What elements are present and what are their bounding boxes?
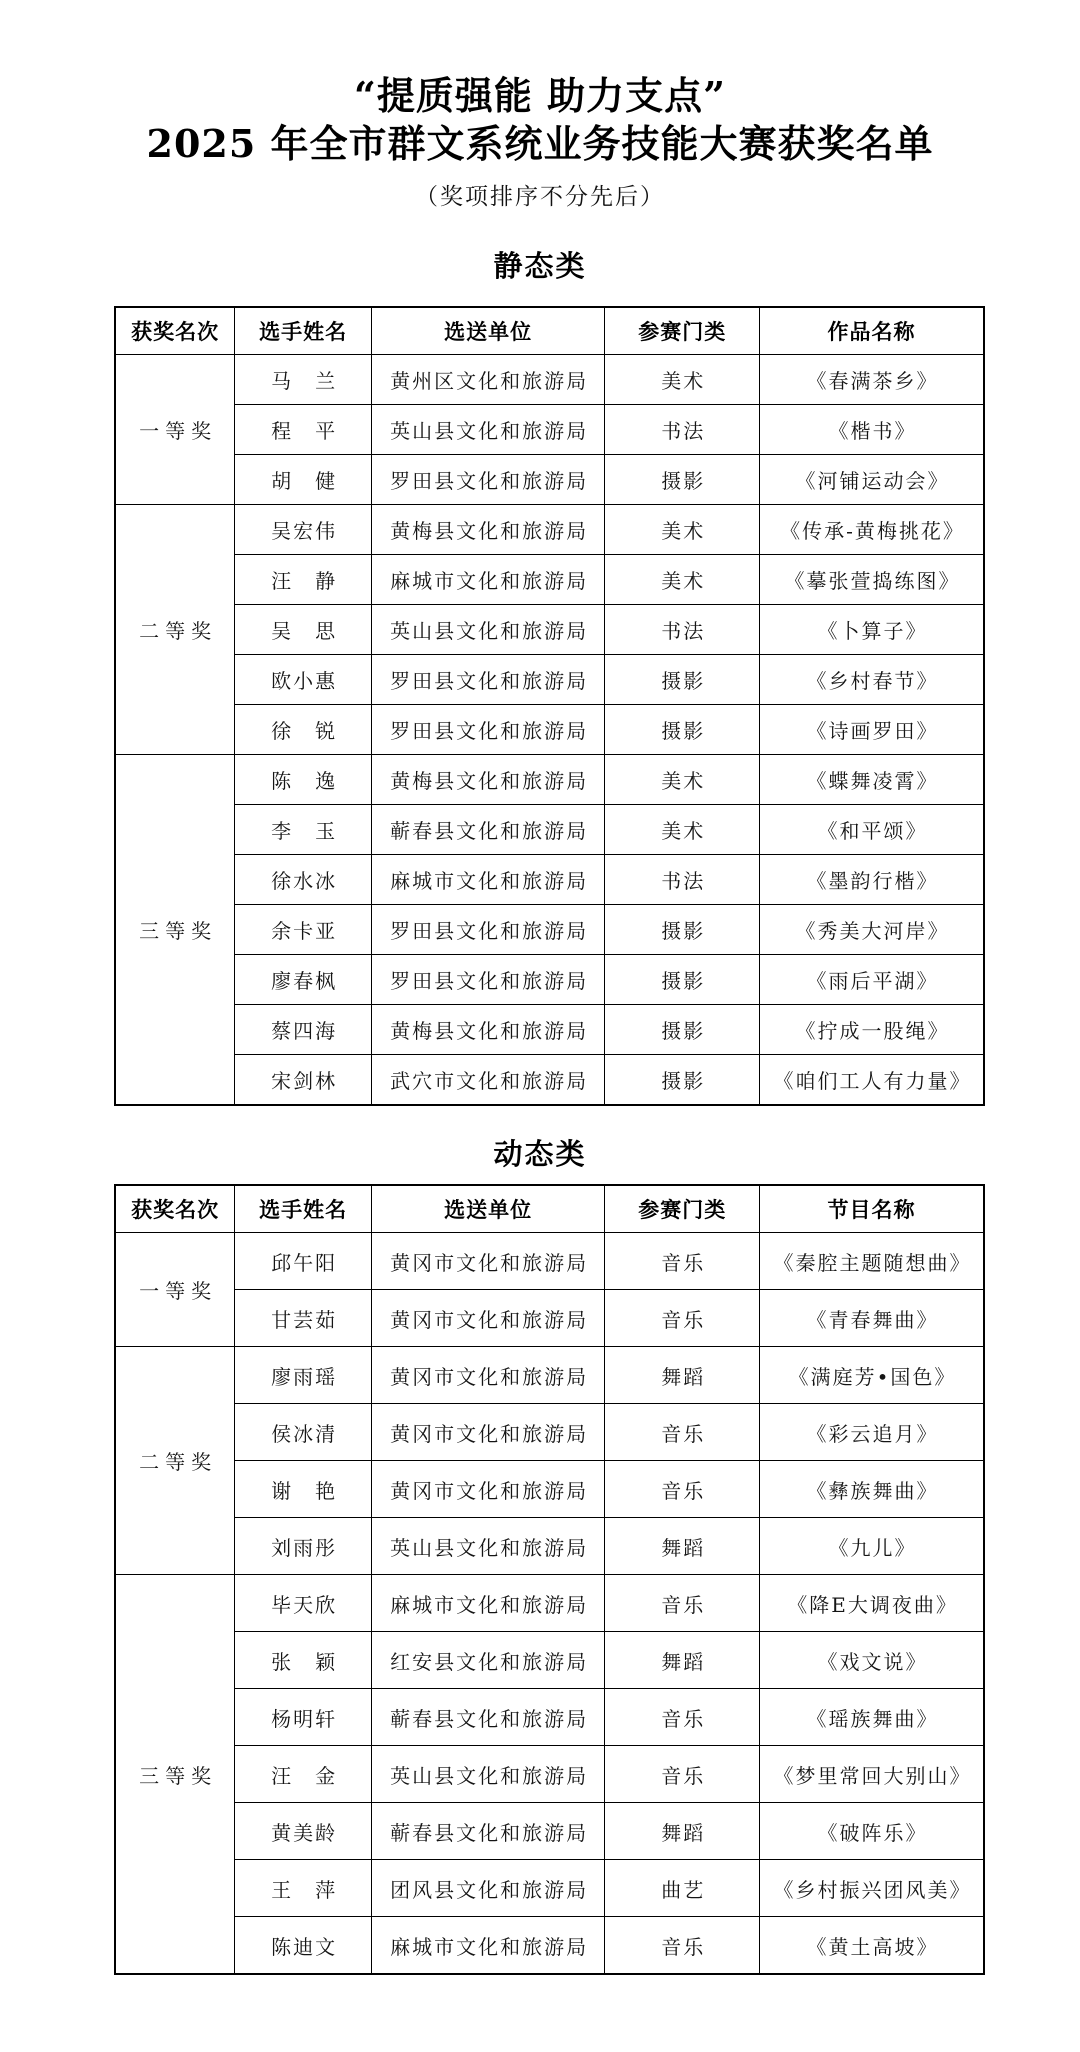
category-cell: 音乐 <box>605 1233 760 1290</box>
work-title-cell: 《蝶舞凌霄》 <box>760 755 984 805</box>
work-title-cell: 《传承-黄梅挑花》 <box>760 505 984 555</box>
work-title-cell: 《彩云追月》 <box>760 1404 984 1461</box>
work-title-cell: 《乡村振兴团风美》 <box>760 1860 984 1917</box>
table-row: 杨明轩蕲春县文化和旅游局音乐《瑶族舞曲》 <box>115 1689 984 1746</box>
unit-cell: 英山县文化和旅游局 <box>371 605 605 655</box>
contestant-name-cell: 甘芸茹 <box>235 1290 372 1347</box>
category-cell: 书法 <box>605 605 760 655</box>
award-sections: 静态类获奖名次选手姓名选送单位参赛门类作品名称一等奖马 兰黄州区文化和旅游局美术… <box>0 246 1080 1975</box>
category-cell: 音乐 <box>605 1917 760 1975</box>
column-header: 选送单位 <box>371 1185 605 1233</box>
unit-cell: 麻城市文化和旅游局 <box>371 1917 605 1975</box>
column-header: 选手姓名 <box>235 1185 372 1233</box>
unit-cell: 黄冈市文化和旅游局 <box>371 1404 605 1461</box>
column-header: 作品名称 <box>760 307 984 355</box>
category-cell: 书法 <box>605 405 760 455</box>
unit-cell: 团风县文化和旅游局 <box>371 1860 605 1917</box>
unit-cell: 武穴市文化和旅游局 <box>371 1055 605 1106</box>
contestant-name-cell: 马 兰 <box>235 355 372 405</box>
category-cell: 摄影 <box>605 655 760 705</box>
contestant-name-cell: 李 玉 <box>235 805 372 855</box>
rank-cell: 三等奖 <box>115 755 235 1106</box>
category-cell: 摄影 <box>605 955 760 1005</box>
contestant-name-cell: 欧小惠 <box>235 655 372 705</box>
table-row: 黄美龄蕲春县文化和旅游局舞蹈《破阵乐》 <box>115 1803 984 1860</box>
table-row: 王 萍团风县文化和旅游局曲艺《乡村振兴团风美》 <box>115 1860 984 1917</box>
category-cell: 音乐 <box>605 1746 760 1803</box>
header-row: 获奖名次选手姓名选送单位参赛门类节目名称 <box>115 1185 984 1233</box>
column-header: 选手姓名 <box>235 307 372 355</box>
contestant-name-cell: 蔡四海 <box>235 1005 372 1055</box>
table-row: 张 颖红安县文化和旅游局舞蹈《戏文说》 <box>115 1632 984 1689</box>
category-cell: 音乐 <box>605 1689 760 1746</box>
work-title-cell: 《彝族舞曲》 <box>760 1461 984 1518</box>
contestant-name-cell: 刘雨彤 <box>235 1518 372 1575</box>
contestant-name-cell: 徐 锐 <box>235 705 372 755</box>
contestant-name-cell: 汪 静 <box>235 555 372 605</box>
contestant-name-cell: 汪 金 <box>235 1746 372 1803</box>
contestant-name-cell: 廖雨瑶 <box>235 1347 372 1404</box>
table-row: 汪 静麻城市文化和旅游局美术《摹张萱捣练图》 <box>115 555 984 605</box>
table-row: 李 玉蕲春县文化和旅游局美术《和平颂》 <box>115 805 984 855</box>
contestant-name-cell: 廖春枫 <box>235 955 372 1005</box>
table-row: 蔡四海黄梅县文化和旅游局摄影《拧成一股绳》 <box>115 1005 984 1055</box>
table-row: 侯冰清黄冈市文化和旅游局音乐《彩云追月》 <box>115 1404 984 1461</box>
work-title-cell: 《降E大调夜曲》 <box>760 1575 984 1632</box>
work-title-cell: 《青春舞曲》 <box>760 1290 984 1347</box>
section-heading: 静态类 <box>0 246 1080 286</box>
category-cell: 美术 <box>605 555 760 605</box>
unit-cell: 蕲春县文化和旅游局 <box>371 1689 605 1746</box>
work-title-cell: 《春满茶乡》 <box>760 355 984 405</box>
rank-cell: 二等奖 <box>115 505 235 755</box>
awards-table: 获奖名次选手姓名选送单位参赛门类作品名称一等奖马 兰黄州区文化和旅游局美术《春满… <box>114 306 985 1106</box>
work-title-cell: 《破阵乐》 <box>760 1803 984 1860</box>
contestant-name-cell: 王 萍 <box>235 1860 372 1917</box>
work-title-cell: 《雨后平湖》 <box>760 955 984 1005</box>
unit-cell: 黄冈市文化和旅游局 <box>371 1290 605 1347</box>
unit-cell: 红安县文化和旅游局 <box>371 1632 605 1689</box>
unit-cell: 英山县文化和旅游局 <box>371 405 605 455</box>
unit-cell: 罗田县文化和旅游局 <box>371 705 605 755</box>
table-row: 谢 艳黄冈市文化和旅游局音乐《彝族舞曲》 <box>115 1461 984 1518</box>
contestant-name-cell: 胡 健 <box>235 455 372 505</box>
table-row: 三等奖陈 逸黄梅县文化和旅游局美术《蝶舞凌霄》 <box>115 755 984 805</box>
category-cell: 摄影 <box>605 1055 760 1106</box>
unit-cell: 麻城市文化和旅游局 <box>371 555 605 605</box>
awards-table: 获奖名次选手姓名选送单位参赛门类节目名称一等奖邱午阳黄冈市文化和旅游局音乐《秦腔… <box>114 1184 985 1975</box>
work-title-cell: 《秀美大河岸》 <box>760 905 984 955</box>
table-row: 一等奖邱午阳黄冈市文化和旅游局音乐《秦腔主题随想曲》 <box>115 1233 984 1290</box>
table-row: 宋剑林武穴市文化和旅游局摄影《咱们工人有力量》 <box>115 1055 984 1106</box>
contestant-name-cell: 徐水冰 <box>235 855 372 905</box>
work-title-cell: 《黄土高坡》 <box>760 1917 984 1975</box>
unit-cell: 黄冈市文化和旅游局 <box>371 1233 605 1290</box>
unit-cell: 黄梅县文化和旅游局 <box>371 505 605 555</box>
category-cell: 摄影 <box>605 1005 760 1055</box>
column-header: 参赛门类 <box>605 1185 760 1233</box>
category-cell: 舞蹈 <box>605 1803 760 1860</box>
unit-cell: 麻城市文化和旅游局 <box>371 1575 605 1632</box>
contestant-name-cell: 邱午阳 <box>235 1233 372 1290</box>
table-row: 廖春枫罗田县文化和旅游局摄影《雨后平湖》 <box>115 955 984 1005</box>
unit-cell: 黄梅县文化和旅游局 <box>371 755 605 805</box>
category-cell: 美术 <box>605 505 760 555</box>
contestant-name-cell: 宋剑林 <box>235 1055 372 1106</box>
table-row: 程 平英山县文化和旅游局书法《楷书》 <box>115 405 984 455</box>
table-row: 徐水冰麻城市文化和旅游局书法《墨韵行楷》 <box>115 855 984 905</box>
rank-cell: 一等奖 <box>115 355 235 505</box>
work-title-cell: 《咱们工人有力量》 <box>760 1055 984 1106</box>
category-cell: 摄影 <box>605 705 760 755</box>
category-cell: 曲艺 <box>605 1860 760 1917</box>
contestant-name-cell: 毕天欣 <box>235 1575 372 1632</box>
unit-cell: 英山县文化和旅游局 <box>371 1746 605 1803</box>
column-header: 选送单位 <box>371 307 605 355</box>
table-row: 二等奖吴宏伟黄梅县文化和旅游局美术《传承-黄梅挑花》 <box>115 505 984 555</box>
table-row: 欧小惠罗田县文化和旅游局摄影《乡村春节》 <box>115 655 984 705</box>
category-cell: 音乐 <box>605 1461 760 1518</box>
table-row: 甘芸茹黄冈市文化和旅游局音乐《青春舞曲》 <box>115 1290 984 1347</box>
unit-cell: 黄冈市文化和旅游局 <box>371 1461 605 1518</box>
contestant-name-cell: 黄美龄 <box>235 1803 372 1860</box>
work-title-cell: 《楷书》 <box>760 405 984 455</box>
table-row: 汪 金英山县文化和旅游局音乐《梦里常回大别山》 <box>115 1746 984 1803</box>
work-title-cell: 《河铺运动会》 <box>760 455 984 505</box>
category-cell: 摄影 <box>605 905 760 955</box>
column-header: 参赛门类 <box>605 307 760 355</box>
contestant-name-cell: 杨明轩 <box>235 1689 372 1746</box>
table-row: 陈迪文麻城市文化和旅游局音乐《黄土高坡》 <box>115 1917 984 1975</box>
category-cell: 美术 <box>605 355 760 405</box>
table-row: 三等奖毕天欣麻城市文化和旅游局音乐《降E大调夜曲》 <box>115 1575 984 1632</box>
work-title-cell: 《瑶族舞曲》 <box>760 1689 984 1746</box>
unit-cell: 罗田县文化和旅游局 <box>371 455 605 505</box>
header-row: 获奖名次选手姓名选送单位参赛门类作品名称 <box>115 307 984 355</box>
title-line-2: 2025 年全市群文系统业务技能大赛获奖名单 <box>0 120 1080 168</box>
work-title-cell: 《拧成一股绳》 <box>760 1005 984 1055</box>
rank-cell: 三等奖 <box>115 1575 235 1975</box>
work-title-cell: 《乡村春节》 <box>760 655 984 705</box>
category-cell: 美术 <box>605 805 760 855</box>
unit-cell: 罗田县文化和旅游局 <box>371 905 605 955</box>
table-row: 吴 思英山县文化和旅游局书法《卜算子》 <box>115 605 984 655</box>
column-header: 节目名称 <box>760 1185 984 1233</box>
contestant-name-cell: 程 平 <box>235 405 372 455</box>
category-cell: 舞蹈 <box>605 1518 760 1575</box>
unit-cell: 黄州区文化和旅游局 <box>371 355 605 405</box>
work-title-cell: 《秦腔主题随想曲》 <box>760 1233 984 1290</box>
table-row: 徐 锐罗田县文化和旅游局摄影《诗画罗田》 <box>115 705 984 755</box>
contestant-name-cell: 侯冰清 <box>235 1404 372 1461</box>
work-title-cell: 《墨韵行楷》 <box>760 855 984 905</box>
subtitle-note: （奖项排序不分先后） <box>0 182 1080 212</box>
work-title-cell: 《卜算子》 <box>760 605 984 655</box>
work-title-cell: 《梦里常回大别山》 <box>760 1746 984 1803</box>
category-cell: 舞蹈 <box>605 1632 760 1689</box>
unit-cell: 英山县文化和旅游局 <box>371 1518 605 1575</box>
table-row: 余卡亚罗田县文化和旅游局摄影《秀美大河岸》 <box>115 905 984 955</box>
contestant-name-cell: 张 颖 <box>235 1632 372 1689</box>
work-title-cell: 《戏文说》 <box>760 1632 984 1689</box>
category-cell: 舞蹈 <box>605 1347 760 1404</box>
contestant-name-cell: 吴 思 <box>235 605 372 655</box>
category-cell: 音乐 <box>605 1575 760 1632</box>
unit-cell: 黄冈市文化和旅游局 <box>371 1347 605 1404</box>
work-title-cell: 《和平颂》 <box>760 805 984 855</box>
table-row: 刘雨彤英山县文化和旅游局舞蹈《九儿》 <box>115 1518 984 1575</box>
work-title-cell: 《九儿》 <box>760 1518 984 1575</box>
award-notice-document: “提质强能 助力支点” 2025 年全市群文系统业务技能大赛获奖名单 （奖项排序… <box>0 72 1080 1975</box>
work-title-cell: 《摹张萱捣练图》 <box>760 555 984 605</box>
column-header: 获奖名次 <box>115 307 235 355</box>
unit-cell: 蕲春县文化和旅游局 <box>371 1803 605 1860</box>
category-cell: 书法 <box>605 855 760 905</box>
category-cell: 摄影 <box>605 455 760 505</box>
table-row: 一等奖马 兰黄州区文化和旅游局美术《春满茶乡》 <box>115 355 984 405</box>
work-title-cell: 《满庭芳•国色》 <box>760 1347 984 1404</box>
contestant-name-cell: 陈迪文 <box>235 1917 372 1975</box>
table-row: 二等奖廖雨瑶黄冈市文化和旅游局舞蹈《满庭芳•国色》 <box>115 1347 984 1404</box>
section-heading: 动态类 <box>0 1134 1080 1174</box>
contestant-name-cell: 余卡亚 <box>235 905 372 955</box>
category-cell: 音乐 <box>605 1404 760 1461</box>
contestant-name-cell: 陈 逸 <box>235 755 372 805</box>
work-title-cell: 《诗画罗田》 <box>760 705 984 755</box>
rank-cell: 二等奖 <box>115 1347 235 1575</box>
category-cell: 音乐 <box>605 1290 760 1347</box>
title-line-1: “提质强能 助力支点” <box>0 72 1080 120</box>
category-cell: 美术 <box>605 755 760 805</box>
column-header: 获奖名次 <box>115 1185 235 1233</box>
rank-cell: 一等奖 <box>115 1233 235 1347</box>
unit-cell: 罗田县文化和旅游局 <box>371 955 605 1005</box>
unit-cell: 蕲春县文化和旅游局 <box>371 805 605 855</box>
unit-cell: 黄梅县文化和旅游局 <box>371 1005 605 1055</box>
page-title: “提质强能 助力支点” 2025 年全市群文系统业务技能大赛获奖名单 <box>0 72 1080 168</box>
contestant-name-cell: 谢 艳 <box>235 1461 372 1518</box>
unit-cell: 罗田县文化和旅游局 <box>371 655 605 705</box>
unit-cell: 麻城市文化和旅游局 <box>371 855 605 905</box>
table-row: 胡 健罗田县文化和旅游局摄影《河铺运动会》 <box>115 455 984 505</box>
contestant-name-cell: 吴宏伟 <box>235 505 372 555</box>
